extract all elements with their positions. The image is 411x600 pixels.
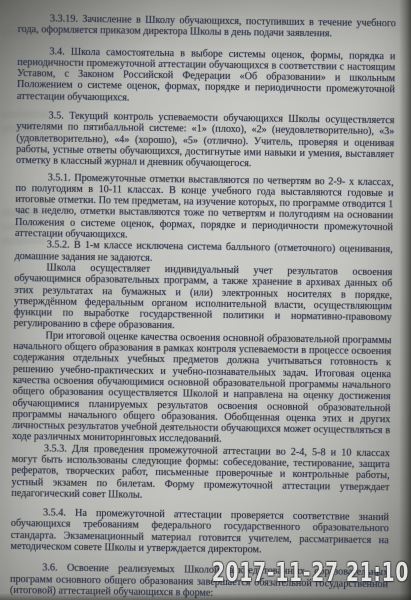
camera-timestamp: 2017-11-27 21:10 bbox=[212, 558, 409, 588]
paragraph-3-5-3: 3.5.3. Для проведения промежуточной атте… bbox=[11, 443, 390, 505]
paper-edge-shadow-right bbox=[399, 0, 411, 600]
paragraph-3-4: 3.4. Школа самостоятельна в выборе систе… bbox=[17, 46, 396, 108]
paragraph-3-5-4: 3.5.4. На промежуточной аттестации прове… bbox=[10, 507, 389, 557]
paragraph-3-3-19: 3.3.19. Зачисление в Школу обучающихся, … bbox=[18, 13, 396, 41]
document-text-block: 3.3.19. Зачисление в Школу обучающихся, … bbox=[10, 13, 396, 600]
photographed-document-page: 3.3.19. Зачисление в Школу обучающихся, … bbox=[0, 0, 411, 600]
paragraph-3-5: 3.5. Текущий контроль успеваемости обуча… bbox=[16, 110, 395, 172]
paragraph-3-5-1: 3.5.1. Промежуточные отметки выставляютс… bbox=[15, 172, 394, 245]
paragraph-final-quality-assessment: При итоговой оценке качества освоения ос… bbox=[12, 330, 392, 448]
paragraph-individual-accounting: Школа осуществляет индивидуальный учет р… bbox=[14, 262, 393, 335]
